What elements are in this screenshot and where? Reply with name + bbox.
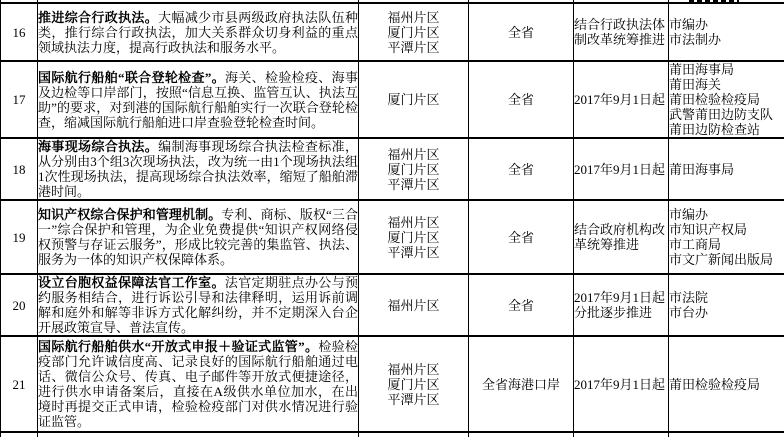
schedule-cell: 2017年9月1日起分批逐步推进 (574, 274, 669, 336)
row-number-cell: 20 (1, 274, 38, 336)
units-cell: 莆田检验检疫局 (669, 336, 784, 432)
measure-cell: 国际航行船舶供水“开放式申报＋验证式监管”。检验检疫部门允许诚信度高、记录良好的… (38, 336, 359, 432)
zones-cell: 厦门片区 (359, 61, 469, 138)
measure-cell: 推进综合行政执法。大幅减少市县两级政府执法队伍种类，推行综合行政执法，加大关系群… (38, 3, 359, 61)
measures-table: 16 推进综合行政执法。大幅减少市县两级政府执法队伍种类，推行综合行政执法，加大… (0, 0, 784, 437)
measure-title: 海事现场综合执法。 (38, 139, 158, 154)
zones-cell: 福州片区 厦门片区 平潭片区 (359, 138, 469, 200)
measure-title: 推进综合行政执法。 (38, 10, 158, 25)
measure-cell (38, 432, 359, 437)
measure-cell: 国际航行船舶“联合登轮检查”。海关、检验检疫、海事及边检等口岸部门，按照“信息互… (38, 61, 359, 138)
units-cell: 莆田海事局 (669, 138, 784, 200)
scope-cell: 全省海港口岸 (469, 336, 574, 432)
units-cell: 市法院 市台办 (669, 274, 784, 336)
zones-cell: 福州片区 厦门片区 平潭片区 (359, 3, 469, 61)
measure-cell: 知识产权综合保护和管理机制。专利、商标、版权“三合一”综合保护和管理，为企业免费… (38, 200, 359, 274)
measure-title: 国际航行船舶供水“开放式申报＋验证式监管”。 (38, 339, 318, 354)
scope-cell: 全省 (469, 3, 574, 61)
schedule-cell: 2017年9月1日起 (574, 61, 669, 138)
schedule-cell: 结合政府机构改革统筹推进 (574, 200, 669, 274)
zones-cell (359, 432, 469, 437)
schedule-cell: 2017年9月1日起 (574, 336, 669, 432)
zones-cell: 福州片区 (359, 274, 469, 336)
zones-cell: 福州片区 厦门片区 平潭片区 (359, 336, 469, 432)
units-cell: 市编办 市法制办 (669, 3, 784, 61)
row-number-cell: 19 (1, 200, 38, 274)
row-number-cell: 18 (1, 138, 38, 200)
schedule-cell (574, 432, 669, 437)
zones-cell: 福州片区 厦门片区 平潭片区 (359, 200, 469, 274)
row-number-cell: 16 (1, 3, 38, 61)
scope-cell (469, 432, 574, 437)
measure-title: 国际航行船舶“联合登轮检查”。 (38, 70, 225, 85)
table-row: 19 知识产权综合保护和管理机制。专利、商标、版权“三合一”综合保护和管理，为企… (1, 200, 784, 274)
measure-cell: 海事现场综合执法。编制海事现场综合执法检查标准，从分别由3个组3次现场执法，改为… (38, 138, 359, 200)
row-number-cell: 21 (1, 336, 38, 432)
table-row: 18 海事现场综合执法。编制海事现场综合执法检查标准，从分别由3个组3次现场执法… (1, 138, 784, 200)
table-row: 20 设立台胞权益保障法官工作室。法官定期驻点办公与预约服务相结合，进行诉讼引导… (1, 274, 784, 336)
document-page: 16 推进综合行政执法。大幅减少市县两级政府执法队伍种类，推行综合行政执法，加大… (0, 0, 784, 441)
units-cell (669, 432, 784, 437)
measure-title: 设立台胞权益保障法官工作室。 (38, 275, 225, 290)
scope-cell: 全省 (469, 138, 574, 200)
schedule-cell: 结合行政执法体制改革统筹推进 (574, 3, 669, 61)
units-cell: 莆田海事局 莆田海关 莆田检验检疫局 武警莆田边防支队 莆田边防检查站 (669, 61, 784, 138)
measure-title: 知识产权综合保护和管理机制。 (38, 207, 221, 222)
units-cell: 市编办 市知识产权局 市工商局 市文广新闻出版局 (669, 200, 784, 274)
schedule-cell: 2017年9月1日起 (574, 138, 669, 200)
row-number-cell (1, 432, 38, 437)
table-row: 16 推进综合行政执法。大幅减少市县两级政府执法队伍种类，推行综合行政执法，加大… (1, 3, 784, 61)
table-row: 21 国际航行船舶供水“开放式申报＋验证式监管”。检验检疫部门允许诚信度高、记录… (1, 336, 784, 432)
clipped-text-fragment (689, 0, 739, 2)
table-row: 17 国际航行船舶“联合登轮检查”。海关、检验检疫、海事及边检等口岸部门，按照“… (1, 61, 784, 138)
measure-cell: 设立台胞权益保障法官工作室。法官定期驻点办公与预约服务相结合，进行诉讼引导和法律… (38, 274, 359, 336)
scope-cell: 全省 (469, 61, 574, 138)
table-row-clipped-bottom (1, 432, 784, 437)
row-number-cell: 17 (1, 61, 38, 138)
scope-cell: 全省 (469, 200, 574, 274)
scope-cell: 全省 (469, 274, 574, 336)
